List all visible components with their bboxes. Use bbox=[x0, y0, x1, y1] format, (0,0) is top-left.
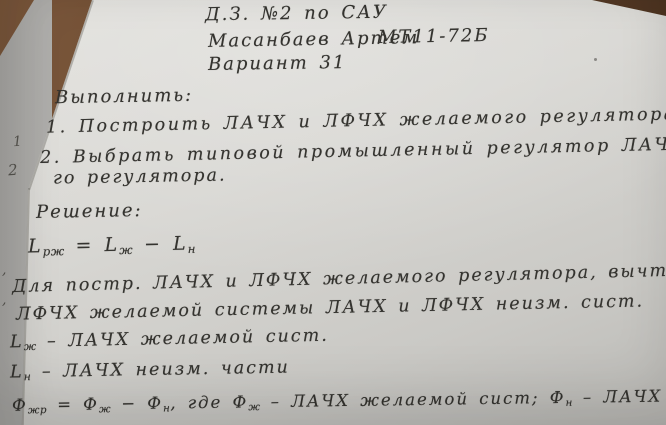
formula-part: L bbox=[10, 332, 24, 352]
formula-part: L bbox=[28, 235, 43, 257]
formula-l-regulator: Lрж = Lж − Lн bbox=[28, 233, 196, 259]
formula-subscript: ж bbox=[24, 340, 37, 353]
definition-text: – ЛАЧХ неизм. части bbox=[31, 358, 290, 383]
task-item-2-line-2: го регулятора. bbox=[53, 165, 227, 188]
formula-subscript: н bbox=[188, 242, 196, 256]
margin-tick: , bbox=[2, 262, 6, 278]
margin-mark-1: 1 bbox=[12, 134, 22, 151]
photo-of-handwritten-page: Д.З. №2 по САУ Масанбаев Артем МТ11-72Б … bbox=[0, 0, 666, 425]
formula-subscript: ж bbox=[119, 243, 133, 257]
formula-subscript: рж bbox=[43, 244, 65, 258]
margin-mark-2: 2 bbox=[7, 161, 18, 180]
formula-subscript: жр bbox=[28, 405, 47, 416]
formula-part: – ЛАЧХ желаемой сист; Ф bbox=[260, 388, 565, 411]
variant-line: Вариант 31 bbox=[208, 52, 347, 75]
formula-part: – ЛАЧХ неизм. части. bbox=[573, 384, 666, 407]
formula-part: − L bbox=[133, 233, 188, 256]
formula-subscript: ж bbox=[248, 402, 260, 413]
formula-subscript: ж bbox=[99, 404, 111, 415]
formula-part: Ф bbox=[12, 395, 28, 414]
paper-speck bbox=[594, 58, 597, 61]
margin-tick: , bbox=[2, 292, 6, 308]
homework-title: Д.З. №2 по САУ bbox=[205, 2, 388, 26]
solution-heading: Решение: bbox=[36, 200, 143, 223]
formula-part: = Ф bbox=[47, 394, 99, 414]
formula-part: L bbox=[10, 362, 24, 382]
formula-part: = L bbox=[64, 234, 119, 257]
tasks-heading: Выполнить: bbox=[55, 85, 194, 108]
formula-part: , где Ф bbox=[170, 392, 248, 412]
formula-part: − Ф bbox=[111, 394, 163, 414]
group-number: МТ11-72Б bbox=[378, 25, 490, 48]
